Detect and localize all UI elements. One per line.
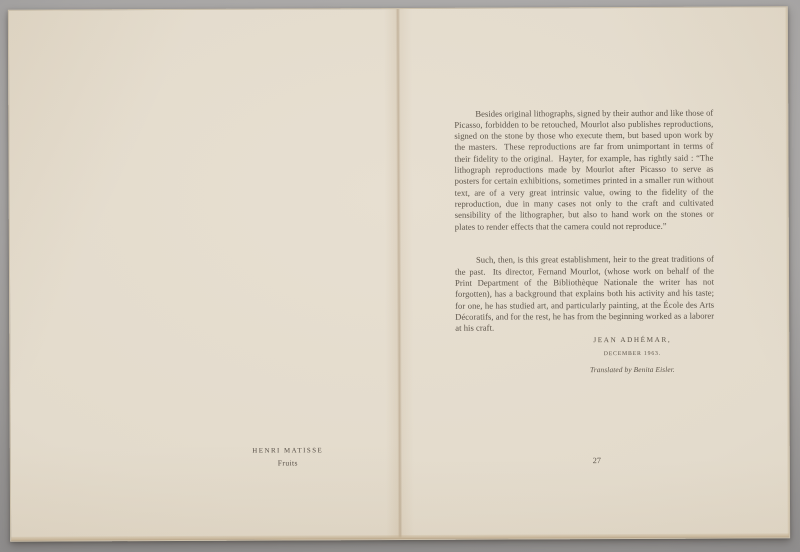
signature-date: DECEMBER 1963. — [529, 351, 735, 359]
book-spread: HENRI MATISSE Fruits Besides original li… — [8, 6, 790, 541]
artist-name: HENRI MATISSE — [188, 447, 388, 456]
left-page: HENRI MATISSE Fruits — [9, 9, 400, 541]
translator-credit: Translated by Benita Eisler. — [529, 365, 735, 375]
body-text: Besides original lithographs, signed by … — [454, 85, 714, 357]
plate-caption: HENRI MATISSE Fruits — [188, 447, 388, 468]
photo-background: HENRI MATISSE Fruits Besides original li… — [0, 0, 800, 552]
paragraph-2: Such, then, is this great establishment,… — [455, 254, 714, 334]
signature-name: JEAN ADHÉMAR, — [529, 336, 735, 346]
signature-block: JEAN ADHÉMAR, DECEMBER 1963. Translated … — [529, 336, 735, 375]
plate-title: Fruits — [188, 458, 388, 468]
right-page: Besides original lithographs, signed by … — [398, 7, 789, 539]
page-number: 27 — [547, 456, 647, 465]
paragraph-1: Besides original lithographs, signed by … — [454, 107, 714, 232]
